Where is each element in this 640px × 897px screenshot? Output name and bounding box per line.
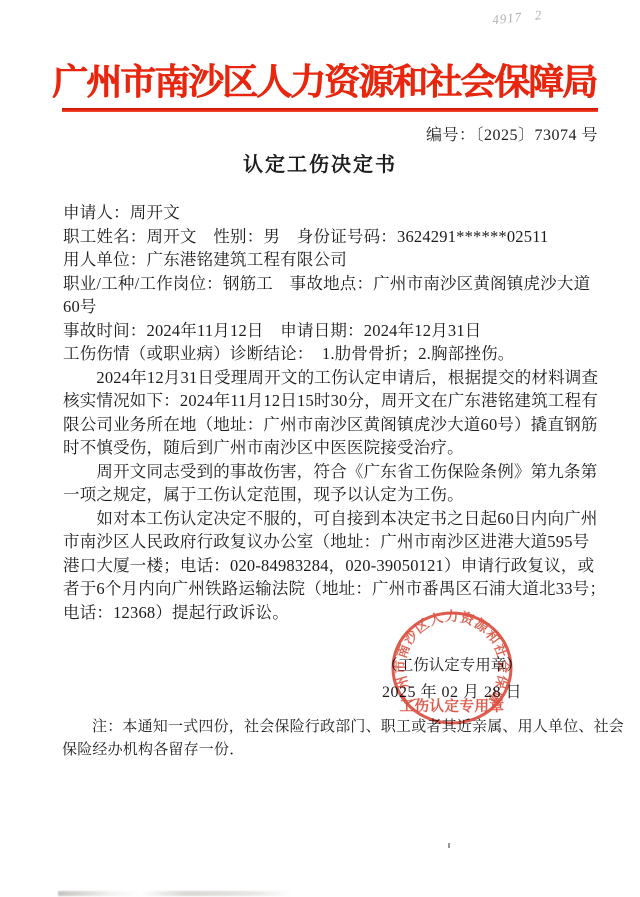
body-line-p2-l2: 一项之规定，属于工伤认定范围，现予以认定为工伤。	[63, 483, 608, 507]
body-line-job-accident-place: 职业/工种/工作岗位：钢筋工 事故地点：广州市南沙区黄阁镇虎沙大道	[63, 272, 608, 296]
handwritten-annotation: 4917 2	[491, 0, 612, 28]
svg-text:广州市南沙区人力资源和社会保障局: 广州市南沙区人力资源和社会保障局	[367, 583, 512, 708]
scan-artifact-smudge	[58, 891, 293, 896]
agency-header-title: 广州市南沙区人力资源和社会保障局	[52, 54, 588, 105]
body-line-employer: 用人单位：广东港铭建筑工程有限公司	[63, 248, 608, 272]
body-line-p1-l4: 时不慎受伤，随后到广州市南沙区中医医院接受治疗。	[63, 436, 608, 460]
body-line-p1-l2: 核实情况如下：2024年11月12日15时30分，周开文在广东港铭建筑工程有	[63, 389, 608, 413]
official-seal-stamp: 广州市南沙区人力资源和社会保障局 工伤认定专用章	[367, 583, 537, 753]
body-line-p3-l2: 市南沙区人民政府行政复议办公室（地址：广州市南沙区进港大道595号	[63, 530, 608, 554]
document-title: 认定工伤决定书	[0, 148, 640, 177]
body-line-p3-l3: 港口大厦一楼；电话：020-84983284，020-39050121）申请行政…	[63, 554, 608, 578]
body-line-p2-l1: 周开文同志受到的事故伤害，符合《广东省工伤保险条例》第九条第	[63, 460, 608, 484]
header-divider-rule	[62, 108, 598, 112]
scanned-document-page: 4917 2 广州市南沙区人力资源和社会保障局 编号：〔2025〕73074 号…	[0, 0, 640, 897]
seal-ring-text: 广州市南沙区人力资源和社会保障局	[367, 583, 512, 708]
document-number: 编号：〔2025〕73074 号	[62, 122, 598, 145]
document-body: 申请人：周开文 职工姓名：周开文 性别：男 身份证号码：3624291*****…	[63, 201, 608, 624]
body-line-applicant: 申请人：周开文	[63, 201, 608, 225]
body-line-address-cont: 60号	[63, 295, 608, 319]
body-line-worker-info: 职工姓名：周开文 性别：男 身份证号码：3624291******02511	[63, 225, 608, 249]
seal-center-text: 工伤认定专用章	[400, 697, 505, 715]
body-line-p1-l3: 限公司业务所在地（地址：广州市南沙区黄阁镇虎沙大道60号）撬直钢筋	[63, 413, 608, 437]
body-line-diagnosis: 工伤伤情（或职业病）诊断结论： 1.肋骨骨折；2.胸部挫伤。	[63, 342, 608, 366]
body-line-p3-l1: 如对本工伤认定决定不服的，可自接到本决定书之日起60日内向广州	[63, 507, 608, 531]
body-line-dates: 事故时间：2024年11月12日 申请日期：2024年12月31日	[63, 319, 608, 343]
scan-artifact-speck	[448, 843, 450, 848]
body-line-p1-l1: 2024年12月31日受理周开文的工伤认定申请后，根据提交的材料调查	[63, 366, 608, 390]
